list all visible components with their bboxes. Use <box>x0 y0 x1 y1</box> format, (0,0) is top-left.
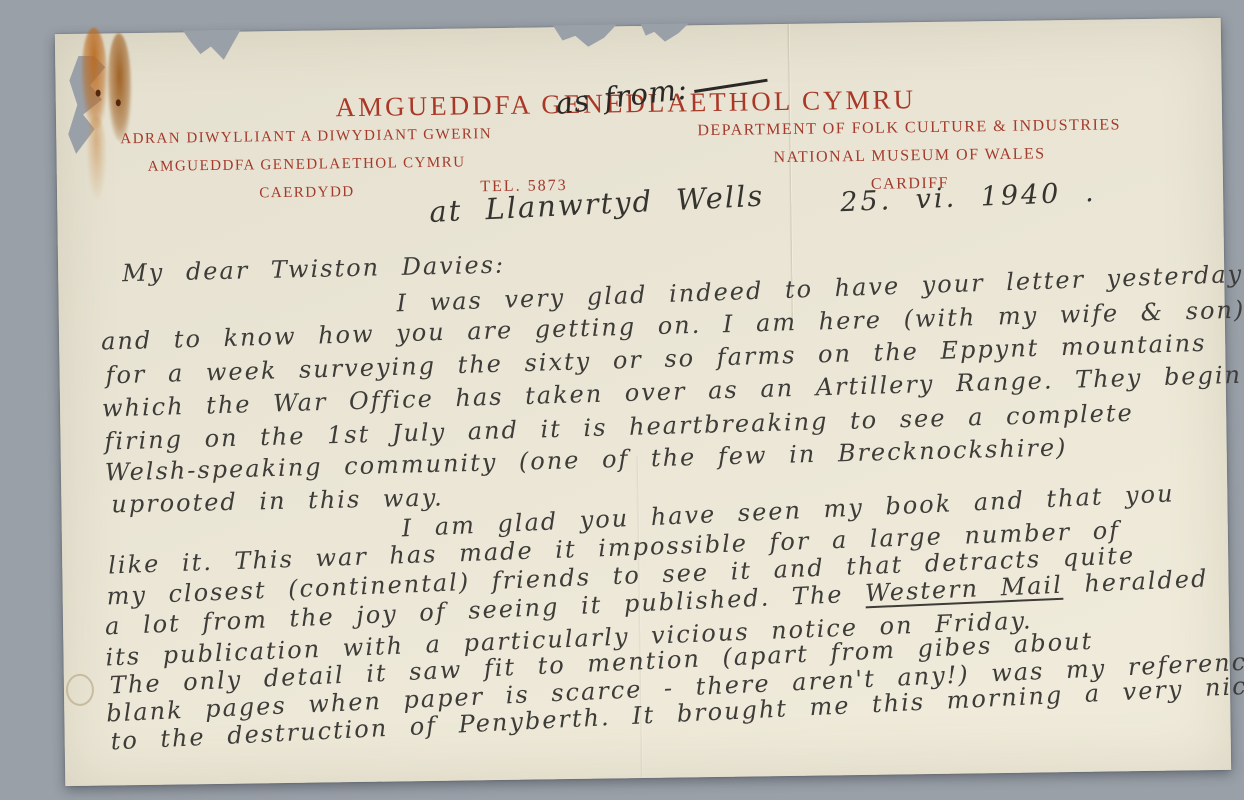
as-from-dash <box>694 79 768 93</box>
letterhead-english-line: DEPARTMENT OF FOLK CULTURE & INDUSTRIES <box>697 111 1121 145</box>
scan-background: { "colors": { "background": "#9aa0a8", "… <box>0 0 1244 800</box>
letterhead-welsh-line: AMGUEDDFA GENEDLAETHOL CYMRU <box>121 148 493 181</box>
letter-line-segment: heralded <box>1062 564 1209 598</box>
paper-tear <box>553 24 617 47</box>
letter-paper: AMGUEDDFA GENEDLAETHOL CYMRU ADRAN DIWYL… <box>55 18 1231 786</box>
paper-tear <box>641 23 689 42</box>
paper-mark <box>66 674 94 706</box>
rust-stain <box>86 115 107 199</box>
salutation: My dear Twiston Davies: <box>122 251 506 288</box>
letter-line: uprooted in this way. <box>111 483 444 518</box>
paper-tear <box>183 30 241 61</box>
